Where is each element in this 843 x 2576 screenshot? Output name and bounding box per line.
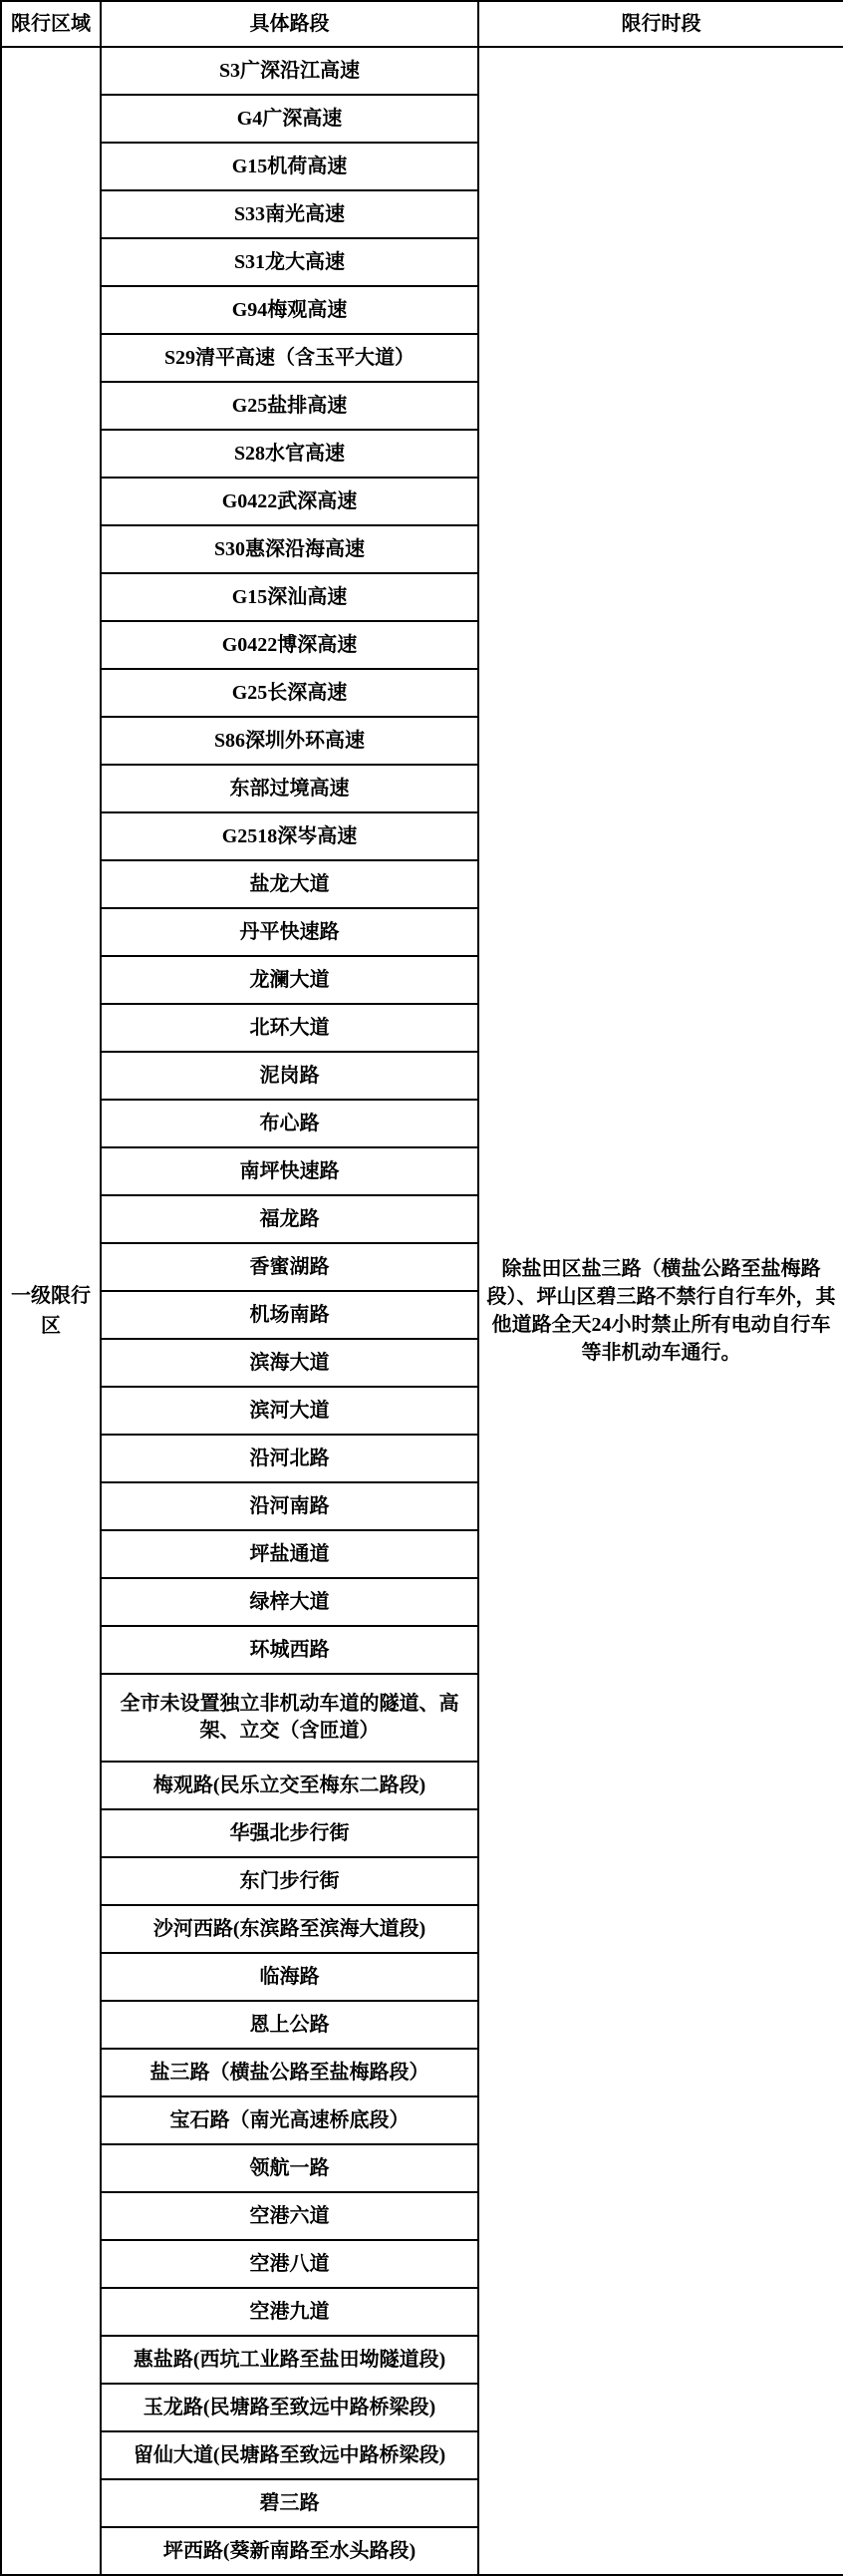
road-cell: 梅观路(民乐立交至梅东二路段) (101, 1762, 478, 1809)
road-cell: 留仙大道(民塘路至致远中路桥梁段) (101, 2431, 478, 2479)
road-cell: G2518深岑高速 (101, 812, 478, 860)
road-cell: 沿河北路 (101, 1435, 478, 1482)
road-cell: 香蜜湖路 (101, 1243, 478, 1291)
road-cell: G0422武深高速 (101, 478, 478, 525)
road-cell: 盐龙大道 (101, 860, 478, 908)
road-cell: 恩上公路 (101, 2001, 478, 2049)
road-cell: 宝石路（南光高速桥底段） (101, 2096, 478, 2144)
time-text: 除盐田区盐三路（横盐公路至盐梅路段）、坪山区碧三路不禁行自行车外，其他道路全天2… (486, 1255, 837, 1367)
road-cell: S29清平高速（含玉平大道） (101, 334, 478, 382)
road-cell: 沙河西路(东滨路至滨海大道段) (101, 1905, 478, 1953)
road-cell: 华强北步行街 (101, 1809, 478, 1857)
road-cell: 绿梓大道 (101, 1578, 478, 1626)
header-time: 限行时段 (478, 1, 843, 47)
road-cell: 空港六道 (101, 2192, 478, 2240)
header-road: 具体路段 (101, 1, 478, 47)
restriction-table: 限行区域 具体路段 限行时段 一级限行区S3广深沿江高速除盐田区盐三路（横盐公路… (0, 0, 843, 2576)
zone-cell: 一级限行区 (1, 47, 101, 2575)
road-cell: 东门步行街 (101, 1857, 478, 1905)
road-cell: 盐三路（横盐公路至盐梅路段） (101, 2049, 478, 2096)
road-cell: 北环大道 (101, 1004, 478, 1052)
road-cell: G25盐排高速 (101, 382, 478, 430)
road-cell: G15深汕高速 (101, 573, 478, 621)
road-cell: 泥岗路 (101, 1052, 478, 1100)
road-cell: S86深圳外环高速 (101, 717, 478, 765)
road-cell: S30惠深沿海高速 (101, 525, 478, 573)
road-cell: S28水官高速 (101, 430, 478, 478)
table-body: 一级限行区S3广深沿江高速除盐田区盐三路（横盐公路至盐梅路段）、坪山区碧三路不禁… (1, 47, 843, 2575)
road-cell: 滨河大道 (101, 1387, 478, 1435)
road-cell: G4广深高速 (101, 95, 478, 143)
road-cell: 滨海大道 (101, 1339, 478, 1387)
road-cell: 龙澜大道 (101, 956, 478, 1004)
table-row: 一级限行区S3广深沿江高速除盐田区盐三路（横盐公路至盐梅路段）、坪山区碧三路不禁… (1, 47, 843, 95)
road-cell: 领航一路 (101, 2144, 478, 2192)
road-cell: 碧三路 (101, 2479, 478, 2527)
road-cell: 坪西路(葵新南路至水头路段) (101, 2527, 478, 2575)
road-cell: 玉龙路(民塘路至致远中路桥梁段) (101, 2384, 478, 2431)
road-cell: 布心路 (101, 1100, 478, 1147)
road-cell: 惠盐路(西坑工业路至盐田坳隧道段) (101, 2336, 478, 2384)
road-cell: 临海路 (101, 1953, 478, 2001)
road-cell: G15机荷高速 (101, 143, 478, 190)
road-cell: 全市未设置独立非机动车道的隧道、高架、立交（含匝道） (101, 1674, 478, 1762)
road-cell: 沿河南路 (101, 1482, 478, 1530)
road-cell: 空港八道 (101, 2240, 478, 2288)
road-cell: S3广深沿江高速 (101, 47, 478, 95)
road-cell: 东部过境高速 (101, 765, 478, 812)
time-cell: 除盐田区盐三路（横盐公路至盐梅路段）、坪山区碧三路不禁行自行车外，其他道路全天2… (478, 47, 843, 2575)
road-cell: 坪盐通道 (101, 1530, 478, 1578)
road-cell: 环城西路 (101, 1626, 478, 1674)
road-cell: G94梅观高速 (101, 286, 478, 334)
road-cell: 丹平快速路 (101, 908, 478, 956)
road-cell: S31龙大高速 (101, 238, 478, 286)
road-cell: S33南光高速 (101, 190, 478, 238)
road-cell: 空港九道 (101, 2288, 478, 2336)
header-row: 限行区域 具体路段 限行时段 (1, 1, 843, 47)
road-cell: 机场南路 (101, 1291, 478, 1339)
road-cell: G0422博深高速 (101, 621, 478, 669)
road-cell: 福龙路 (101, 1195, 478, 1243)
road-cell: G25长深高速 (101, 669, 478, 717)
road-cell: 南坪快速路 (101, 1147, 478, 1195)
header-area: 限行区域 (1, 1, 101, 47)
